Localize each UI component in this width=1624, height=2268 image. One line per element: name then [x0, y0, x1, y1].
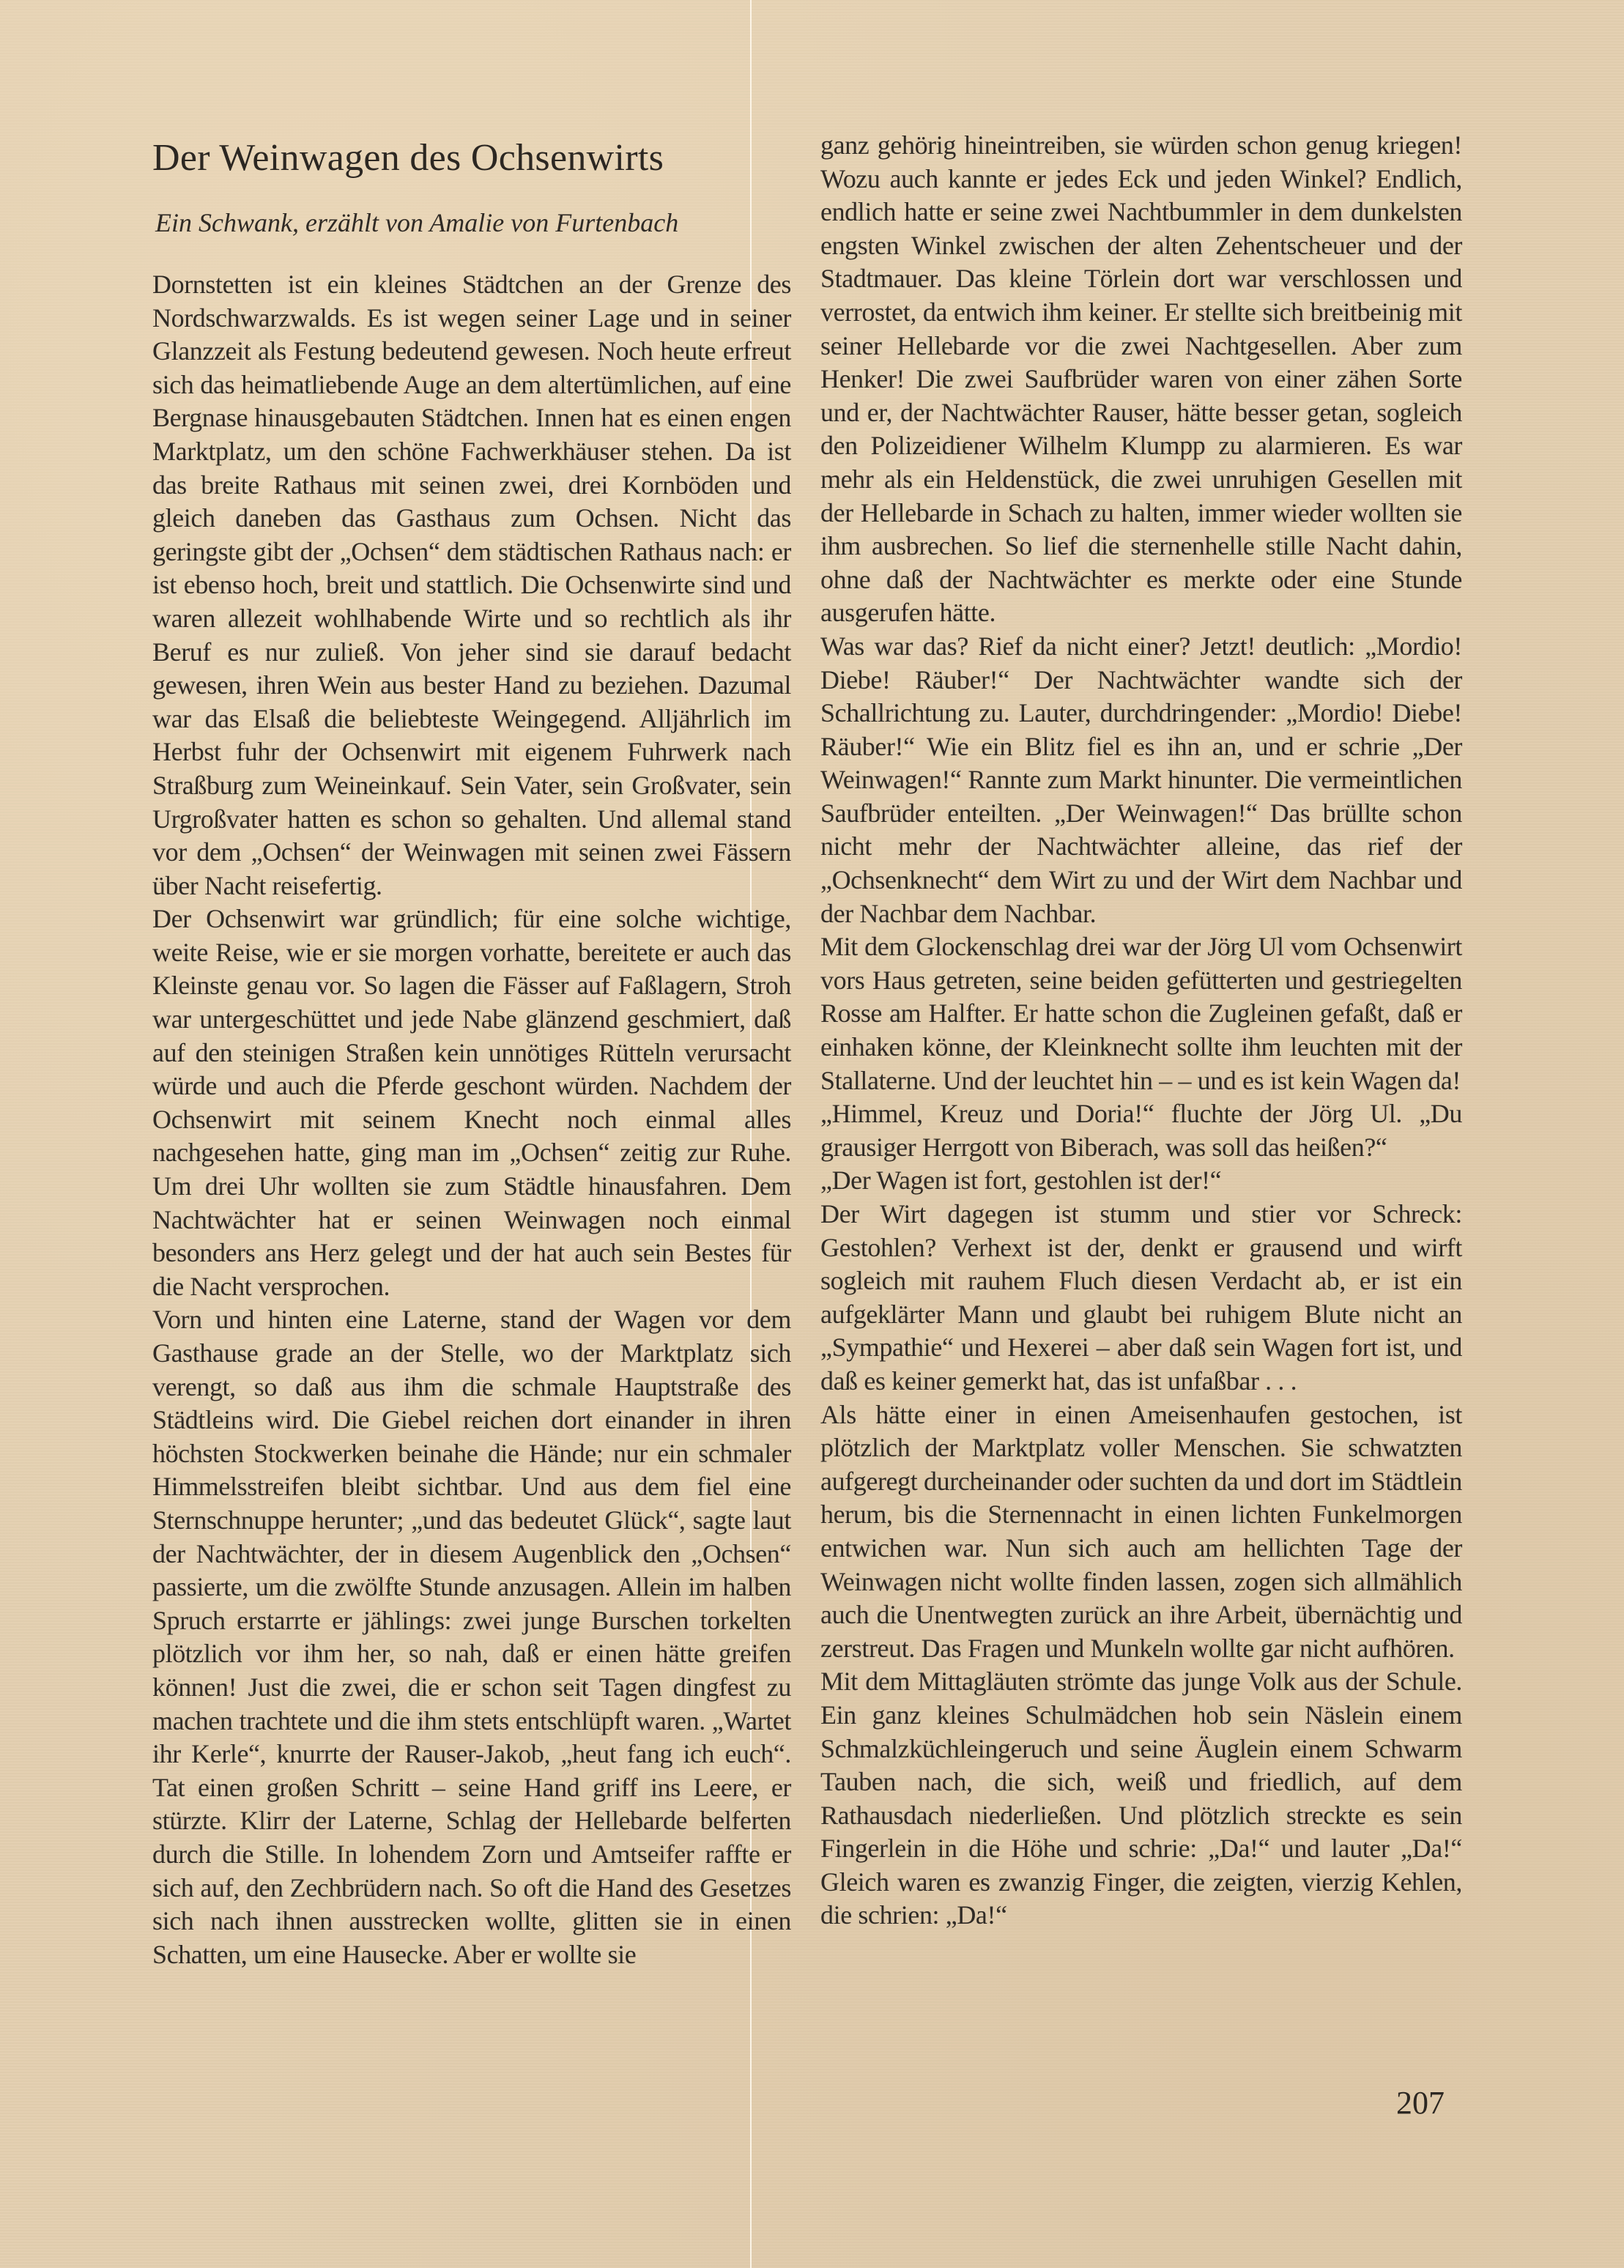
paragraph: ganz gehörig hineintreiben, sie würden s…	[820, 129, 1462, 630]
paragraph: Dornstetten ist ein kleines Städtchen an…	[152, 268, 791, 903]
page-number: 207	[1396, 2085, 1445, 2121]
article-subtitle-byline: Ein Schwank, erzählt von Amalie von Furt…	[155, 207, 678, 239]
paragraph: „Der Wagen ist fort, gestohlen ist der!“	[820, 1164, 1462, 1198]
right-text-column: ganz gehörig hineintreiben, sie würden s…	[820, 129, 1462, 1932]
paragraph: Mit dem Mittagläuten strömte das junge V…	[820, 1665, 1462, 1932]
paragraph: Der Ochsenwirt war gründlich; für eine s…	[152, 903, 791, 1303]
magazine-page: Der Weinwagen des Ochsenwirts Ein Schwan…	[0, 0, 1624, 2268]
article-title: Der Weinwagen des Ochsenwirts	[152, 136, 664, 180]
paragraph: Als hätte einer in einen Ameisenhaufen g…	[820, 1398, 1462, 1666]
paragraph: Mit dem Glockenschlag drei war der Jörg …	[820, 930, 1462, 1097]
paragraph: Der Wirt dagegen ist stumm und stier vor…	[820, 1198, 1462, 1398]
left-text-column: Dornstetten ist ein kleines Städtchen an…	[152, 268, 791, 1971]
paragraph: Vorn und hinten eine Laterne, stand der …	[152, 1303, 791, 1971]
paragraph: „Himmel, Kreuz und Doria!“ fluchte der J…	[820, 1097, 1462, 1164]
paragraph: Was war das? Rief da nicht einer? Jetzt!…	[820, 630, 1462, 930]
